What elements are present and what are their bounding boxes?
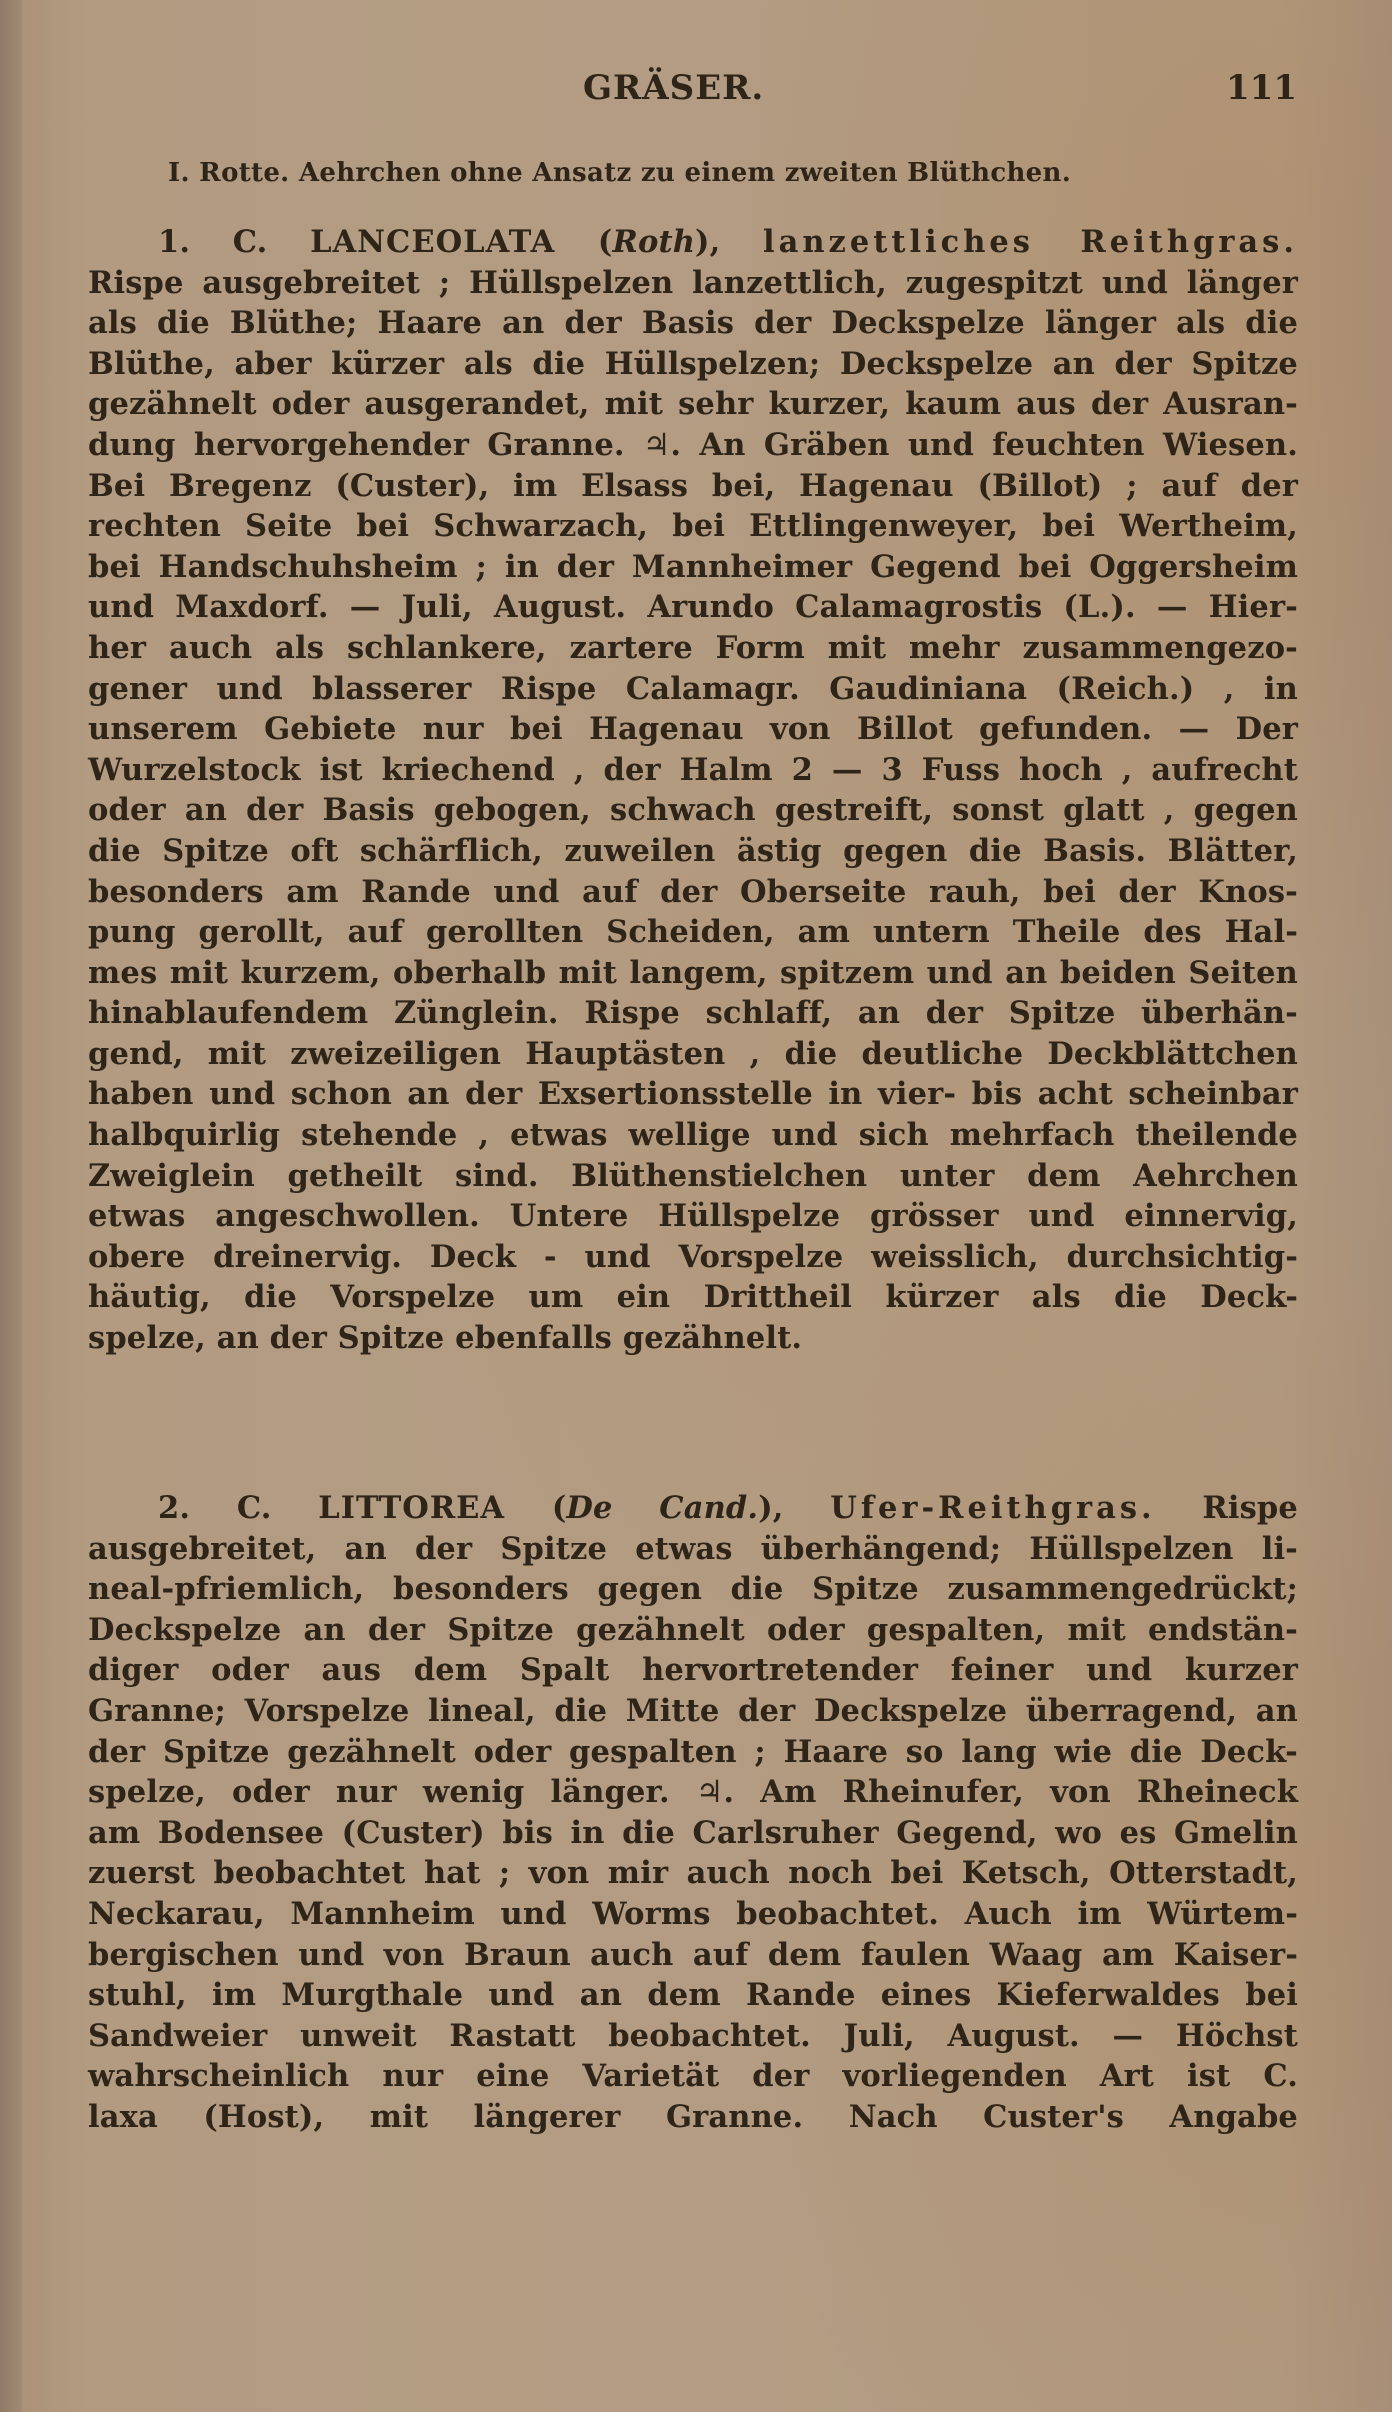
text-line: und Maxdorf. — Juli, August. Arundo Cala… [88,587,1298,628]
entry-number: 1. [158,224,190,260]
entry-littorea: 2. C. LITTOREA (De Cand.), Ufer-Reithgra… [88,1488,1298,2138]
text-line: wahrscheinlich nur eine Varietät der vor… [88,2056,1298,2097]
text-line: haben und schon an der Exsertionsstelle … [88,1074,1298,1115]
entry-body-lines: Rispe ausgebreitet ; Hüllspelzen lanzett… [88,263,1298,1359]
entry-first-line-tail: Rispe [1202,1490,1298,1526]
text-line: oder an der Basis gebogen, schwach gestr… [88,790,1298,831]
text-line: hinablaufendem Zünglein. Rispe schlaff, … [88,993,1298,1034]
book-page: GRÄSER. 111 I. Rotte. Aehrchen ohne Ansa… [0,0,1392,2412]
text-line: dung hervorgehender Granne. ♃. An Gräben… [88,425,1298,466]
text-line: Sandweier unweit Rastatt beobachtet. Jul… [88,2016,1298,2057]
text-line: am Bodensee (Custer) bis in die Carlsruh… [88,1813,1298,1854]
common-name: lanzettliches Reithgras. [763,224,1298,260]
text-line: her auch als schlankere, zartere Form mi… [88,628,1298,669]
entry-number: 2. [158,1490,190,1526]
text-line: pung gerollt, auf gerollten Scheiden, am… [88,912,1298,953]
text-line: Bei Bregenz (Custer), im Elsass bei, Hag… [88,466,1298,507]
page-number: 111 [1226,68,1297,108]
text-line: Neckarau, Mannheim und Worms beobachtet.… [88,1894,1298,1935]
text-line: mes mit kurzem, oberhalb mit langem, spi… [88,953,1298,994]
text-line: bei Handschuhsheim ; in der Mannheimer G… [88,547,1298,588]
text-line: der Spitze gezähnelt oder gespalten ; Ha… [88,1732,1298,1773]
text-line: ausgebreitet, an der Spitze etwas überhä… [88,1529,1298,1570]
genus-abbrev: C. [233,224,268,260]
text-line: diger oder aus dem Spalt hervortretender… [88,1650,1298,1691]
text-line: die Spitze oft schärflich, zuweilen ästi… [88,831,1298,872]
species-name: LITTOREA [318,1490,505,1526]
text-line: spelze, oder nur wenig länger. ♃. Am Rhe… [88,1772,1298,1813]
text-line: gend, mit zweizeiligen Hauptästen , die … [88,1034,1298,1075]
entry-lanceolata: 1. C. LANCEOLATA (Roth), lanzettliches R… [88,222,1298,1359]
running-head: GRÄSER. 111 [0,68,1392,118]
text-line: laxa (Host), mit längerer Granne. Nach C… [88,2097,1298,2138]
common-name: Ufer-Reithgras. [830,1490,1155,1526]
species-name: LANCEOLATA [310,224,555,260]
text-line: Deckspelze an der Spitze gezähnelt oder … [88,1610,1298,1651]
section-heading: I. Rotte. Aehrchen ohne Ansatz zu einem … [168,158,1071,188]
text-line: neal-pfriemlich, besonders gegen die Spi… [88,1569,1298,1610]
entry-heading: 2. C. LITTOREA (De Cand.), Ufer-Reithgra… [88,1488,1298,1529]
text-line: Granne; Vorspelze lineal, die Mitte der … [88,1691,1298,1732]
text-line: halbquirlig stehende , etwas wellige und… [88,1115,1298,1156]
text-line: Rispe ausgebreitet ; Hüllspelzen lanzett… [88,263,1298,304]
text-line: häutig, die Vorspelze um ein Drittheil k… [88,1277,1298,1318]
text-line: gener und blasserer Rispe Calamagr. Gaud… [88,669,1298,710]
text-line: gezähnelt oder ausgerandet, mit sehr kur… [88,384,1298,425]
text-line: besonders am Rande und auf der Oberseite… [88,872,1298,913]
entry-body-lines: ausgebreitet, an der Spitze etwas überhä… [88,1529,1298,2138]
authority: De Cand. [566,1490,758,1526]
text-line: als die Blüthe; Haare an der Basis der D… [88,303,1298,344]
text-line: spelze, an der Spitze ebenfalls gezähnel… [88,1318,1298,1359]
running-title: GRÄSER. [583,68,764,108]
text-line: Wurzelstock ist kriechend , der Halm 2 —… [88,750,1298,791]
text-line: stuhl, im Murgthale und an dem Rande ein… [88,1975,1298,2016]
text-line: zuerst beobachtet hat ; von mir auch noc… [88,1853,1298,1894]
authority: Roth [612,224,695,260]
text-line: bergischen und von Braun auch auf dem fa… [88,1935,1298,1976]
text-line: etwas angeschwollen. Untere Hüllspelze g… [88,1196,1298,1237]
text-line: Zweiglein getheilt sind. Blüthenstielche… [88,1156,1298,1197]
entry-heading: 1. C. LANCEOLATA (Roth), lanzettliches R… [88,222,1298,263]
binding-edge [0,0,22,2412]
text-line: obere dreinervig. Deck - und Vorspelze w… [88,1237,1298,1278]
text-line: Blüthe, aber kürzer als die Hüllspelzen;… [88,344,1298,385]
text-line: unserem Gebiete nur bei Hagenau von Bill… [88,709,1298,750]
text-line: rechten Seite bei Schwarzach, bei Ettlin… [88,506,1298,547]
genus-abbrev: C. [237,1490,272,1526]
